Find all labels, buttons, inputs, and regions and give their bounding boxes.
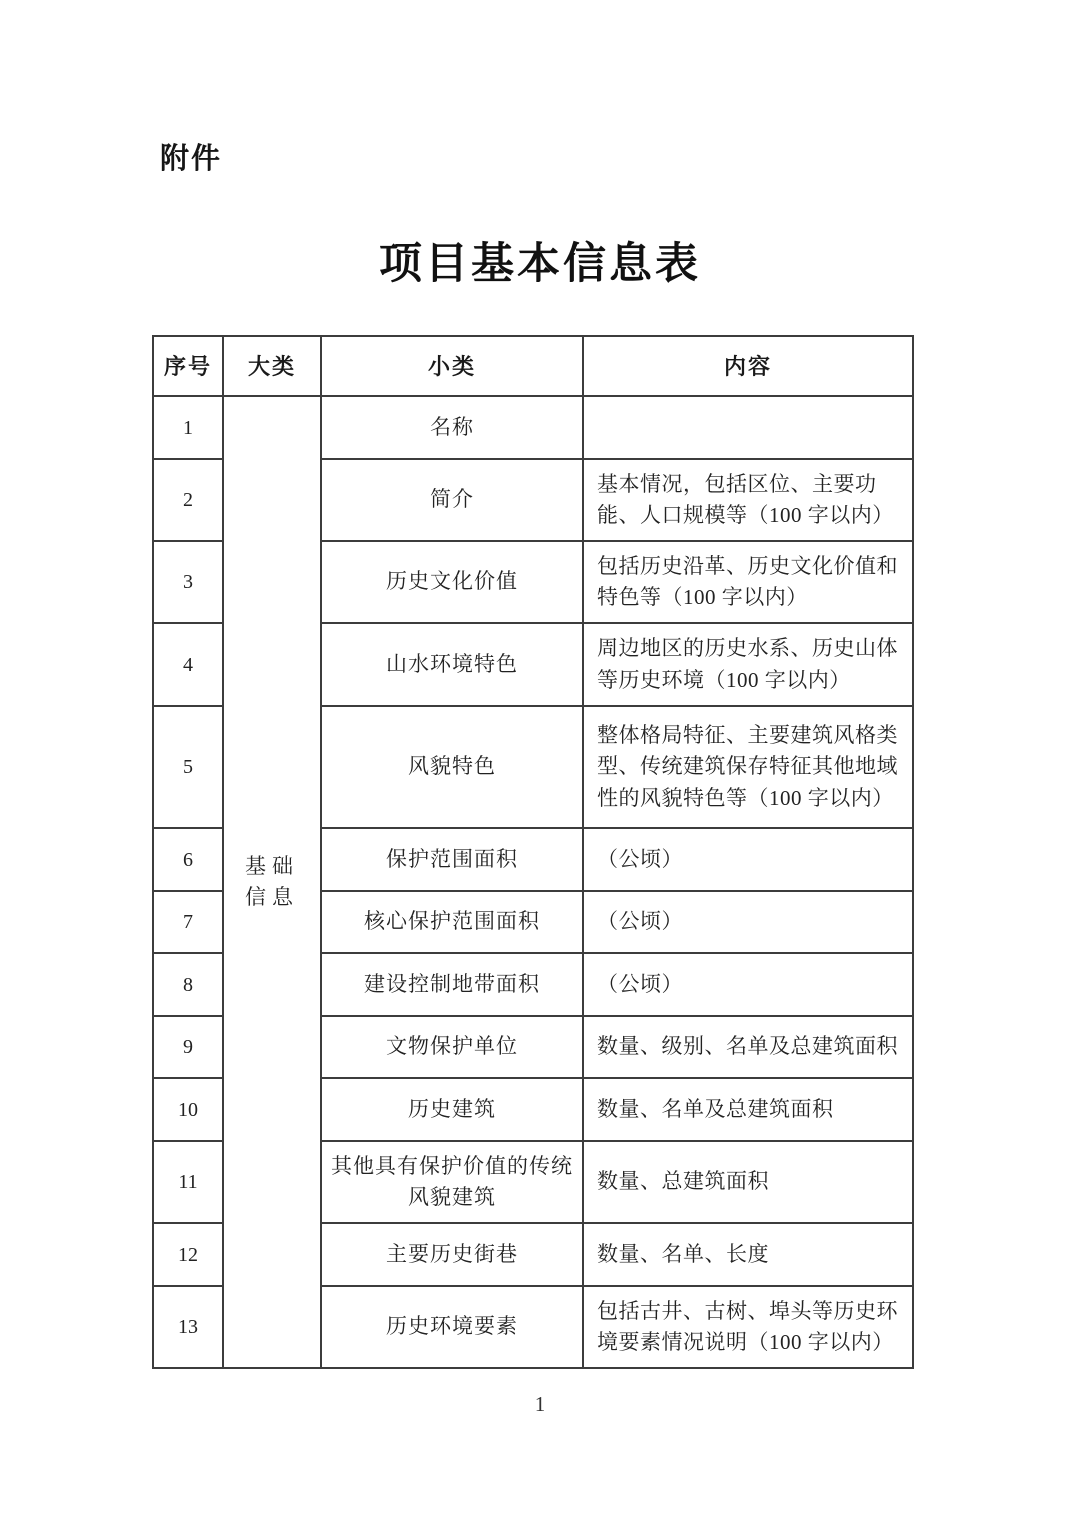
content-cell: 整体格局特征、主要建筑风格类型、传统建筑保存特征其他地域性的风貌特色等（100 …	[583, 706, 913, 828]
col-header-no: 序号	[153, 336, 223, 396]
row-number-cell: 7	[153, 891, 223, 953]
document-page: 附件 项目基本信息表 序号 大类 小类 内容 1 基础 信息 名称 2 简介	[0, 0, 1080, 1527]
content-cell: （公顷）	[583, 828, 913, 891]
row-number-cell: 1	[153, 396, 223, 459]
content-cell: 包括古井、古树、埠头等历史环境要素情况说明（100 字以内）	[583, 1286, 913, 1368]
content-cell: 周边地区的历史水系、历史山体等历史环境（100 字以内）	[583, 623, 913, 706]
row-number-cell: 11	[153, 1141, 223, 1223]
project-basic-info-table: 序号 大类 小类 内容 1 基础 信息 名称 2 简介 基本情况，包括区位、主要…	[152, 335, 914, 1369]
content-cell: （公顷）	[583, 891, 913, 953]
subcategory-cell: 文物保护单位	[321, 1016, 583, 1078]
content-cell: 数量、名单及总建筑面积	[583, 1078, 913, 1141]
subcategory-cell: 主要历史街巷	[321, 1223, 583, 1286]
subcategory-cell: 核心保护范围面积	[321, 891, 583, 953]
content-cell: 数量、名单、长度	[583, 1223, 913, 1286]
content-cell	[583, 396, 913, 459]
row-number-cell: 12	[153, 1223, 223, 1286]
row-number-cell: 3	[153, 541, 223, 623]
row-number-cell: 2	[153, 459, 223, 541]
subcategory-cell: 建设控制地带面积	[321, 953, 583, 1016]
content-cell: （公顷）	[583, 953, 913, 1016]
content-cell: 基本情况，包括区位、主要功能、人口规模等（100 字以内）	[583, 459, 913, 541]
subcategory-cell: 风貌特色	[321, 706, 583, 828]
row-number-cell: 6	[153, 828, 223, 891]
col-header-subcategory: 小类	[321, 336, 583, 396]
subcategory-cell: 保护范围面积	[321, 828, 583, 891]
row-number-cell: 13	[153, 1286, 223, 1368]
col-header-content: 内容	[583, 336, 913, 396]
col-header-category: 大类	[223, 336, 321, 396]
page-number: 1	[0, 1392, 1080, 1417]
table-row: 1 基础 信息 名称	[153, 396, 913, 459]
page-title: 项目基本信息表	[0, 230, 1080, 291]
table-header-row: 序号 大类 小类 内容	[153, 336, 913, 396]
attachment-label: 附件	[160, 136, 222, 177]
row-number-cell: 4	[153, 623, 223, 706]
content-cell: 数量、级别、名单及总建筑面积	[583, 1016, 913, 1078]
row-number-cell: 8	[153, 953, 223, 1016]
row-number-cell: 5	[153, 706, 223, 828]
content-cell: 包括历史沿革、历史文化价值和特色等（100 字以内）	[583, 541, 913, 623]
subcategory-cell: 其他具有保护价值的传统风貌建筑	[321, 1141, 583, 1223]
subcategory-cell: 历史建筑	[321, 1078, 583, 1141]
row-number-cell: 9	[153, 1016, 223, 1078]
subcategory-cell: 历史环境要素	[321, 1286, 583, 1368]
content-cell: 数量、总建筑面积	[583, 1141, 913, 1223]
row-number-cell: 10	[153, 1078, 223, 1141]
subcategory-cell: 历史文化价值	[321, 541, 583, 623]
subcategory-cell: 简介	[321, 459, 583, 541]
subcategory-cell: 名称	[321, 396, 583, 459]
category-cell: 基础 信息	[223, 396, 321, 1368]
subcategory-cell: 山水环境特色	[321, 623, 583, 706]
